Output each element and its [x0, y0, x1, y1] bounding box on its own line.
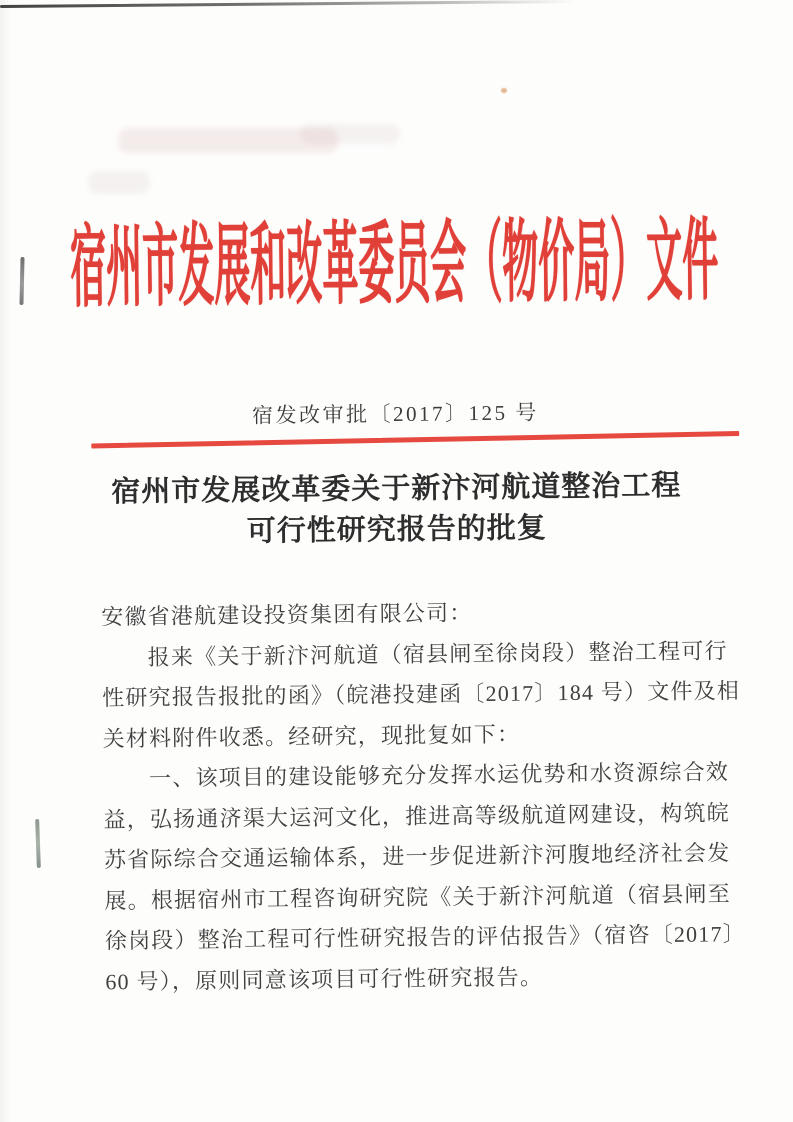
document-content: 宿州市发展和改革委员会（物价局）文件 宿发改审批〔2017〕125 号 宿州市发… [0, 0, 793, 1122]
document-body: 安徽省港航建设投资集团有限公司： 报来《关于新汴河航道（宿县闸至徐岗段）整治工程… [101, 590, 746, 1002]
agency-letterhead: 宿州市发展和改革委员会（物价局）文件 [63, 198, 726, 318]
document-number: 宿发改审批〔2017〕125 号 [0, 394, 792, 433]
scanned-document-page: 宿州市发展和改革委员会（物价局）文件 宿发改审批〔2017〕125 号 宿州市发… [0, 0, 793, 1122]
body-line: 苏省际综合交通运输体系，进一步促进新汴河腹地经济社会发 [104, 833, 744, 881]
body-line: 一、该项目的建设能够充分发挥水运优势和水资源综合效 [103, 752, 743, 800]
body-line: 性研究报告报批的函》（皖港投建函〔2017〕184 号）文件及相 [102, 671, 742, 719]
document-title: 宿州市发展改革委关于新汴河航道整治工程 可行性研究报告的批复 [0, 465, 793, 556]
agency-letterhead-text: 宿州市发展和改革委员会（物价局）文件 [69, 191, 718, 326]
body-line: 徐岗段）整治工程可行性研究报告的评估报告》（宿咨〔2017〕 [105, 914, 745, 962]
body-line: 60 号），原则同意该项目可行性研究报告。 [105, 955, 745, 1003]
red-separator-rule [91, 431, 739, 448]
